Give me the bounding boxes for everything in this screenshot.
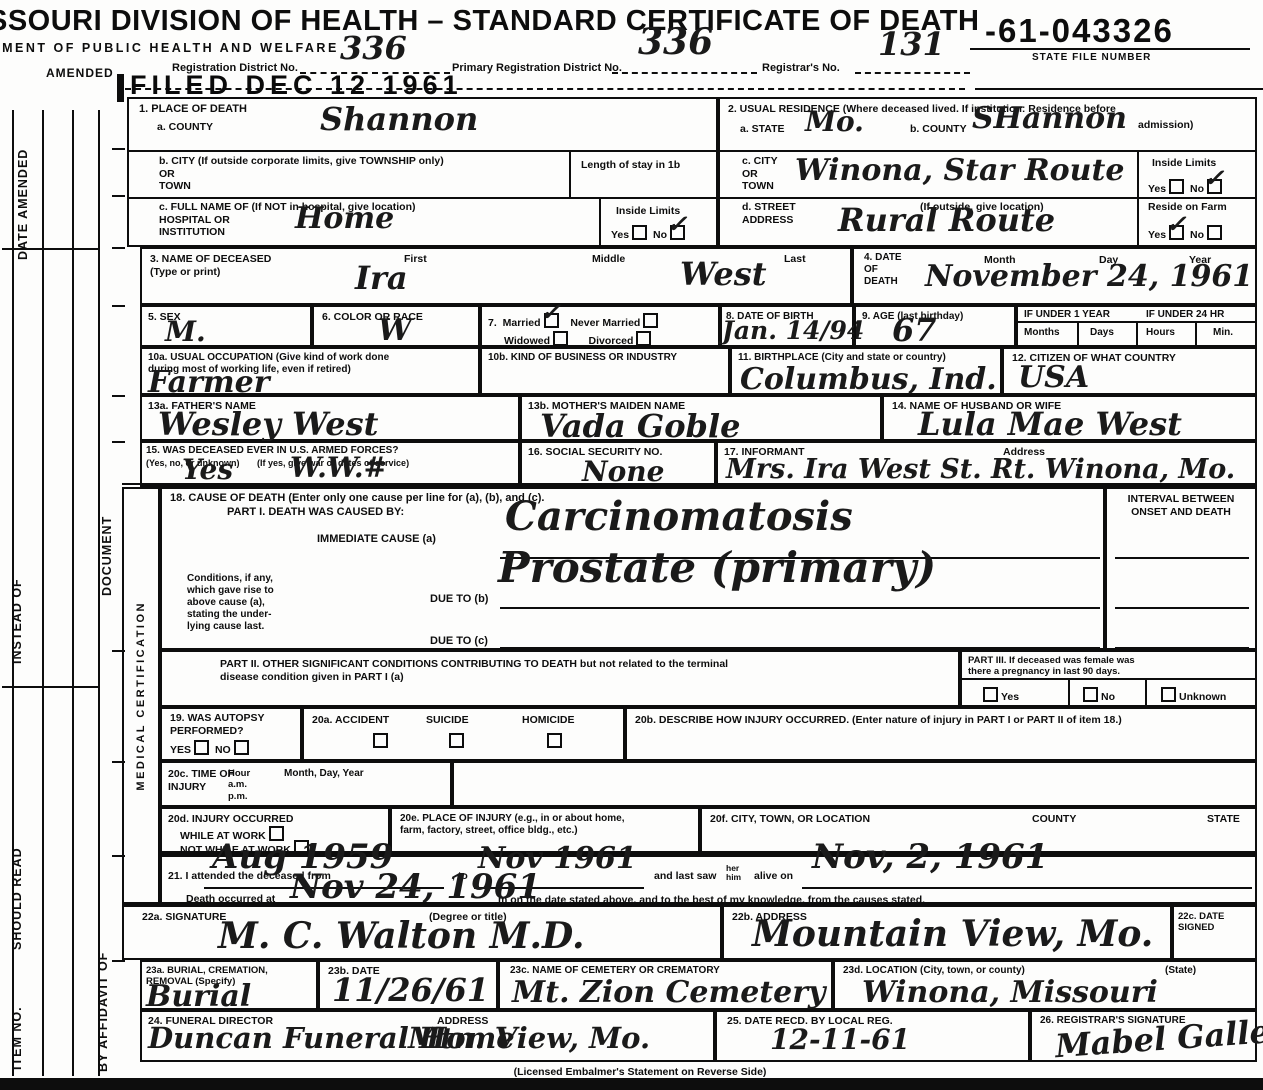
under-1yr-label: IF UNDER 1 YEAR xyxy=(1024,309,1110,321)
residence-street-value: Rural Route xyxy=(838,204,1055,236)
place-inside-yes-checkbox xyxy=(632,225,647,240)
age-value: 67 xyxy=(892,314,937,346)
certifier-address-value: Mountain View, Mo. xyxy=(752,916,1153,952)
describe-injury-box: 20b. DESCRIBE HOW INJURY OCCURRED. (Ente… xyxy=(625,707,1257,761)
spouse-value: Lula Mae West xyxy=(918,408,1182,440)
autopsy-yes-checkbox xyxy=(194,740,209,755)
residence-city-label: c. CITY OR TOWN xyxy=(742,155,778,193)
part3-box: PART III. If deceased was female was the… xyxy=(960,650,1257,707)
age-under-box: IF UNDER 1 YEAR IF UNDER 24 HR Months Da… xyxy=(1016,305,1257,347)
name-middle-label: Middle xyxy=(592,253,625,266)
divorced-checkbox xyxy=(636,331,651,346)
place-stay-label: Length of stay in 1b xyxy=(581,159,711,172)
never-married-checkbox xyxy=(643,313,658,328)
days-label: Days xyxy=(1090,327,1114,339)
armed-forces-value: Yes xyxy=(182,456,233,484)
death-date-value: November 24, 1961 xyxy=(925,262,1253,292)
residence-county-value: SHannon xyxy=(972,104,1127,134)
residence-inside-no-checkbox: ✓ xyxy=(1207,179,1222,194)
burial-location-value: Winona, Missouri xyxy=(862,978,1158,1008)
residence-farm-no-checkbox xyxy=(1207,225,1222,240)
attended-last-saw: and last saw xyxy=(654,870,716,883)
place-of-injury-label: 20e. PLACE OF INJURY (e.g., in or about … xyxy=(400,813,624,837)
residence-farm-yes-checkbox: ✓ xyxy=(1169,225,1184,240)
attended-alive-on: alive on xyxy=(754,870,793,883)
part2-label: PART II. OTHER SIGNIFICANT CONDITIONS CO… xyxy=(220,658,728,683)
marital-line-1: 7. Married✓ Never Married xyxy=(488,313,661,330)
funeral-address-value: Mtn. View, Mo. xyxy=(408,1024,650,1053)
name-first-value: Ira xyxy=(355,262,408,294)
armed-forces-war-value: W.W.# xyxy=(290,454,387,482)
month-day-year-label: Month, Day, Year xyxy=(284,768,364,780)
place-county-label: a. COUNTY xyxy=(157,121,213,134)
margin-date-amended: DATE AMENDED xyxy=(16,112,30,260)
residence-state-value: Mo. xyxy=(805,108,864,136)
industry-label: 10b. KIND OF BUSINESS OR INDUSTRY xyxy=(488,352,677,364)
margin-line-3 xyxy=(72,110,74,1076)
immediate-cause-label: IMMEDIATE CAUSE (a) xyxy=(317,533,436,546)
time-of-injury-box: 20c. TIME OF INJURY Hour a.m. p.m. Month… xyxy=(160,761,452,807)
margin-by-affidavit: BY AFFIDAVIT OF xyxy=(96,900,110,1072)
date-received-value: 12-11-61 xyxy=(770,1026,910,1054)
header-right-rule xyxy=(975,88,1263,90)
interval-label: INTERVAL BETWEEN ONSET AND DEATH xyxy=(1107,493,1255,518)
time-of-injury-label: 20c. TIME OF INJURY xyxy=(168,768,234,793)
residence-street-label: d. STREET ADDRESS xyxy=(742,201,796,226)
signature-label: 22a. SIGNATURE xyxy=(142,911,226,924)
registrar-no-label: Registrar's No. xyxy=(762,62,840,75)
months-label: Months xyxy=(1024,327,1060,339)
hour-ampm-label: Hour a.m. p.m. xyxy=(228,768,250,802)
registration-district-value: 336 xyxy=(340,32,407,64)
document-title: SSOURI DIVISION OF HEALTH – STANDARD CER… xyxy=(0,5,979,38)
residence-inside-yes-checkbox xyxy=(1169,179,1184,194)
margin-should-read: SHOULD READ xyxy=(10,808,24,950)
amended-label: AMENDED xyxy=(46,66,114,80)
place-county-value: Shannon xyxy=(320,103,478,135)
signature-value: M. C. Walton M.D. xyxy=(218,918,585,954)
place-inside-no-checkbox: ✓ xyxy=(670,225,685,240)
race-value: W xyxy=(378,316,412,346)
accident-label: 20a. ACCIDENT xyxy=(312,714,389,727)
accident-checkbox xyxy=(373,733,388,748)
residence-state-label: a. STATE xyxy=(740,123,785,136)
cause-label: 18. CAUSE OF DEATH (Enter only one cause… xyxy=(170,492,544,505)
marital-status-box: 7. Married✓ Never Married Widowed Divorc… xyxy=(480,305,720,347)
time-of-injury-empty-box xyxy=(452,761,1257,807)
state-file-number: -61-043326 xyxy=(985,12,1174,50)
pregnancy-unknown: Unknown xyxy=(1158,687,1226,704)
immediate-cause-value: Carcinomatosis xyxy=(505,497,853,537)
place-inside-limits-choices: Yes No✓ xyxy=(611,225,688,242)
autopsy-no-checkbox xyxy=(234,740,249,755)
name-last-value: West xyxy=(680,258,766,290)
residence-city-value: Winona, Star Route xyxy=(795,156,1124,186)
marital-line-2: Widowed Divorced xyxy=(504,331,654,348)
suicide-checkbox xyxy=(449,733,464,748)
name-last-label: Last xyxy=(784,253,806,266)
pregnancy-no-checkbox xyxy=(1083,687,1098,702)
homicide-label: HOMICIDE xyxy=(522,714,575,727)
conditions-note: Conditions, if any, which gave rise to a… xyxy=(187,573,274,633)
state-file-label: STATE FILE NUMBER xyxy=(1032,52,1151,64)
due-to-b-value: Prostate (primary) xyxy=(498,547,936,589)
margin-line-2 xyxy=(42,110,44,1076)
describe-injury-label: 20b. DESCRIBE HOW INJURY OCCURRED. (Ente… xyxy=(635,714,1250,727)
burial-state-hint: (State) xyxy=(1165,965,1196,977)
homicide-checkbox xyxy=(547,733,562,748)
min-label: Min. xyxy=(1213,327,1233,339)
part2-box: PART II. OTHER SIGNIFICANT CONDITIONS CO… xyxy=(160,650,960,707)
residence-county-label: b. COUNTY xyxy=(910,123,967,136)
cemetery-value: Mt. Zion Cemetery xyxy=(512,978,826,1008)
pregnancy-yes: Yes xyxy=(980,687,1019,704)
interval-box: INTERVAL BETWEEN ONSET AND DEATH xyxy=(1105,487,1257,650)
place-city-label: b. CITY (If outside corporate limits, gi… xyxy=(159,155,559,193)
primary-district-line xyxy=(612,72,757,74)
cause-part1-label: PART I. DEATH WAS CAUSED BY: xyxy=(227,506,404,519)
residence-farm-label: Reside on Farm xyxy=(1148,201,1227,214)
birthplace-value: Columbus, Ind. xyxy=(740,365,997,395)
widowed-checkbox xyxy=(553,331,568,346)
bottom-scan-bar xyxy=(0,1078,1263,1090)
place-title: 1. PLACE OF DEATH xyxy=(139,103,247,116)
due-to-c-label: DUE TO (c) xyxy=(430,635,488,648)
medical-certification-label: MEDICAL CERTIFICATION xyxy=(135,601,147,791)
hours-label: Hours xyxy=(1146,327,1175,339)
stamp-left-bar xyxy=(117,74,124,102)
father-value: Wesley West xyxy=(158,408,378,440)
autopsy-label: 19. WAS AUTOPSY PERFORMED? xyxy=(170,712,265,737)
due-to-b-label: DUE TO (b) xyxy=(430,593,488,606)
death-certificate-scan: SSOURI DIVISION OF HEALTH – STANDARD CER… xyxy=(0,0,1263,1090)
injury-state-label: STATE xyxy=(1207,813,1240,826)
pregnancy-yes-checkbox xyxy=(983,687,998,702)
file-number-underline xyxy=(970,48,1250,50)
registrar-no-value: 131 xyxy=(878,28,945,60)
autopsy-choices: YES NO xyxy=(170,740,252,757)
margin-item-no: ITEM NO. xyxy=(10,975,24,1070)
ssn-value: None xyxy=(582,458,664,486)
margin-document: DOCUMENT xyxy=(100,478,114,596)
residence-admission: admission) xyxy=(1138,119,1193,132)
birth-date-value: Jan. 14/94 xyxy=(722,318,864,343)
her-him-stack: her him xyxy=(726,864,741,881)
residence-farm-choices: Yes✓ No xyxy=(1148,225,1225,242)
part3-label: PART III. If deceased was female was the… xyxy=(968,655,1135,678)
registrar-no-line xyxy=(855,72,970,74)
name-label: 3. NAME OF DECEASED (Type or print) xyxy=(150,253,271,278)
primary-district-label: Primary Registration District No. xyxy=(452,62,622,75)
citizen-value: USA xyxy=(1018,363,1089,393)
injury-occurred-label: 20d. INJURY OCCURRED xyxy=(168,813,293,826)
place-hospital-value: Home xyxy=(295,204,394,234)
informant-value: Mrs. Ira West St. Rt. Winona, Mo. xyxy=(726,456,1235,483)
margin-instead-of: INSTEAD OF xyxy=(10,552,24,664)
pregnancy-unknown-checkbox xyxy=(1161,687,1176,702)
pregnancy-no: No xyxy=(1080,687,1115,704)
married-checkbox: ✓ xyxy=(544,313,559,328)
residence-inside-limits-choices: Yes No✓ xyxy=(1148,179,1225,196)
death-date-label: 4. DATE OF DEATH xyxy=(864,252,902,288)
industry-box: 10b. KIND OF BUSINESS OR INDUSTRY xyxy=(480,347,730,395)
mother-value: Vada Goble xyxy=(540,410,740,442)
burial-date-value: 11/26/61 xyxy=(332,974,489,1006)
date-signed-label: 22c. DATE SIGNED xyxy=(1178,911,1254,934)
medical-certification-strip: MEDICAL CERTIFICATION xyxy=(122,487,160,905)
autopsy-box: 19. WAS AUTOPSY PERFORMED? YES NO xyxy=(160,707,302,761)
attended-death-value: Nov 24, 1961 xyxy=(290,870,541,904)
injury-county-label: COUNTY xyxy=(1032,813,1076,826)
department-subtitle: TMENT OF PUBLIC HEALTH AND WELFARE xyxy=(0,41,339,56)
margin-hrule-2 xyxy=(2,686,98,688)
under-24hr-label: IF UNDER 24 HR xyxy=(1146,309,1224,321)
date-signed-box: 22c. DATE SIGNED xyxy=(1172,905,1257,960)
sex-value: M. xyxy=(165,318,206,346)
occupation-value: Farmer xyxy=(148,368,270,398)
suicide-label: SUICIDE xyxy=(426,714,469,727)
injury-city-label: 20f. CITY, TOWN, OR LOCATION xyxy=(710,813,870,826)
attended-alive-value: Nov, 2, 1961 xyxy=(812,840,1048,874)
embalmer-note: (Licensed Embalmer's Statement on Revers… xyxy=(430,1066,850,1079)
primary-district-value: 336 xyxy=(638,24,713,60)
burial-value: Burial xyxy=(146,982,251,1012)
accident-suicide-homicide-box: 20a. ACCIDENT SUICIDE HOMICIDE xyxy=(302,707,625,761)
